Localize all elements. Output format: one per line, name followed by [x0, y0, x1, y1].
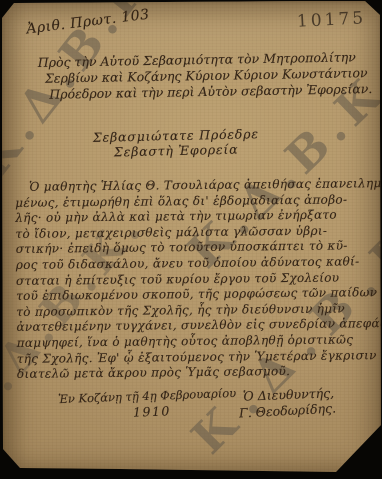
- scanned-letter-page: Κ.Δ.Β.Κ. Κ.Δ.Β.Κ. Κ.Δ.Β.Κ. Κ.Δ.Β.Κ. Ἀριθ…: [0, 0, 382, 479]
- letter-body: Ὁ μαθητὴς Ἡλίας Θ. Τσουλιάρας ἀπειθήσας …: [15, 176, 382, 383]
- date-place-line: Ἐν Κοζάνῃ τῇ 4ῃ Φεβρουαρίου: [58, 386, 237, 406]
- paper-sheet: Κ.Δ.Β.Κ. Κ.Δ.Β.Κ. Κ.Δ.Β.Κ. Κ.Δ.Β.Κ. Ἀριθ…: [0, 0, 382, 479]
- body-line-13: διατελῶ μετὰ ἄκρου πρὸς Ὑμᾶς σεβασμοῦ.: [17, 363, 382, 382]
- archive-number-pencil: 10175: [297, 8, 367, 32]
- address-block: Πρὸς τὴν Αὐτοῦ Σεβασμιότητα τὸν Μητροπολ…: [38, 49, 373, 103]
- date-year: 1910: [133, 403, 171, 419]
- protocol-number: Ἀριθ. Πρωτ. 103: [25, 7, 150, 38]
- signature-name: Γ. Θεοδωρίδης.: [239, 400, 337, 420]
- salutation-block: Σεβασμιώτατε Πρόεδρε Σεβαστὴ Ἐφορεία: [0, 124, 352, 162]
